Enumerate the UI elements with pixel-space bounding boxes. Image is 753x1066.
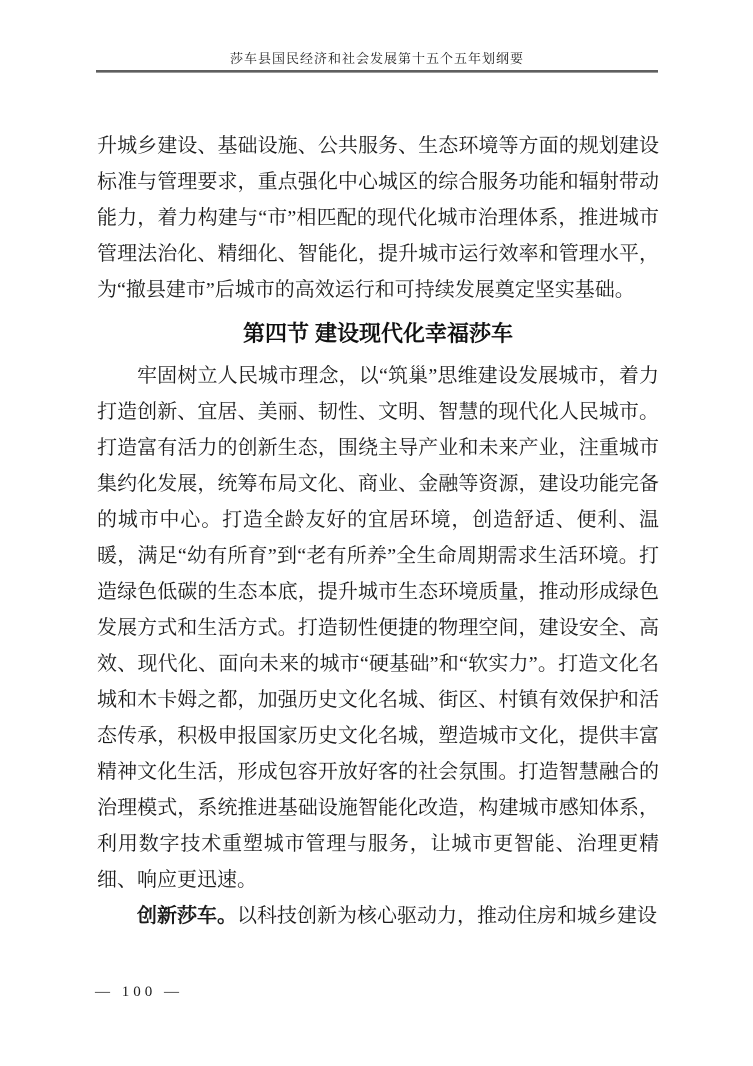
paragraph-lead-rest: 以科技创新为核心驱动力，推动住房和城乡建设	[237, 905, 657, 927]
paragraph-innovation: 创新莎车。以科技创新为核心驱动力，推动住房和城乡建设	[97, 898, 659, 934]
paragraph-lead-bold: 创新莎车。	[137, 905, 237, 927]
page-footer: — 100 —	[95, 984, 183, 1001]
page-header: 莎车县国民经济和社会发展第十五个五年划纲要	[96, 48, 658, 68]
header-rule	[96, 70, 658, 73]
paragraph-main: 牢固树立人民城市理念，以“筑巢”思维建设发展城市，着力打造创新、宜居、美丽、韧性…	[97, 358, 659, 898]
document-body: 升城乡建设、基础设施、公共服务、生态环境等方面的规划建设标准与管理要求，重点强化…	[97, 128, 659, 934]
paragraph-continuation: 升城乡建设、基础设施、公共服务、生态环境等方面的规划建设标准与管理要求，重点强化…	[97, 128, 659, 308]
document-page: 莎车县国民经济和社会发展第十五个五年划纲要 升城乡建设、基础设施、公共服务、生态…	[0, 0, 753, 1066]
page-number: — 100 —	[95, 984, 183, 1000]
header-title: 莎车县国民经济和社会发展第十五个五年划纲要	[230, 51, 524, 66]
section-heading: 第四节 建设现代化幸福莎车	[97, 318, 659, 350]
